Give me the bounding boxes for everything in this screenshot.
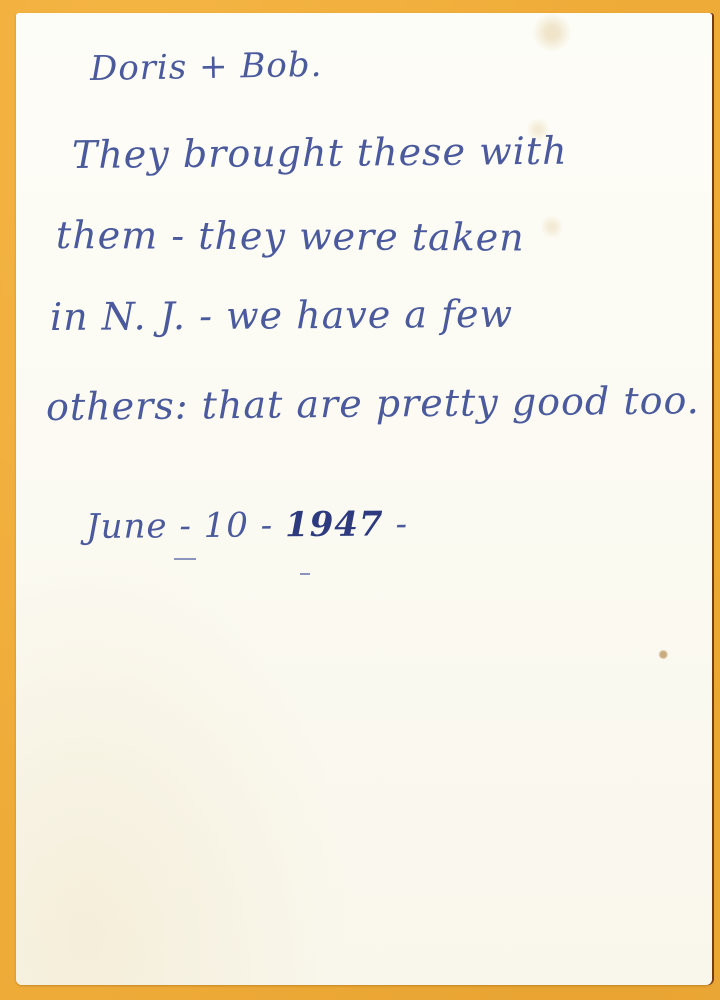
- note-line-4: others: that are pretty good too.: [46, 378, 700, 429]
- date-prefix: June - 10 -: [86, 505, 285, 547]
- note-line-2: them - they were taken: [56, 213, 525, 259]
- photo-card-back: Doris + Bob. They brought these with the…: [16, 13, 712, 985]
- date-year: 1947: [285, 504, 384, 545]
- note-line-1: They brought these with: [72, 129, 568, 177]
- note-date: June - 10 - 1947 -: [86, 504, 408, 547]
- handwritten-note: Doris + Bob. They brought these with the…: [16, 13, 712, 985]
- ink-underline-mark: [174, 558, 196, 560]
- ink-underline-mark: [300, 573, 310, 575]
- date-suffix: -: [383, 504, 408, 544]
- note-greeting: Doris + Bob.: [90, 45, 323, 89]
- note-line-3: in N. J. - we have a few: [50, 292, 513, 339]
